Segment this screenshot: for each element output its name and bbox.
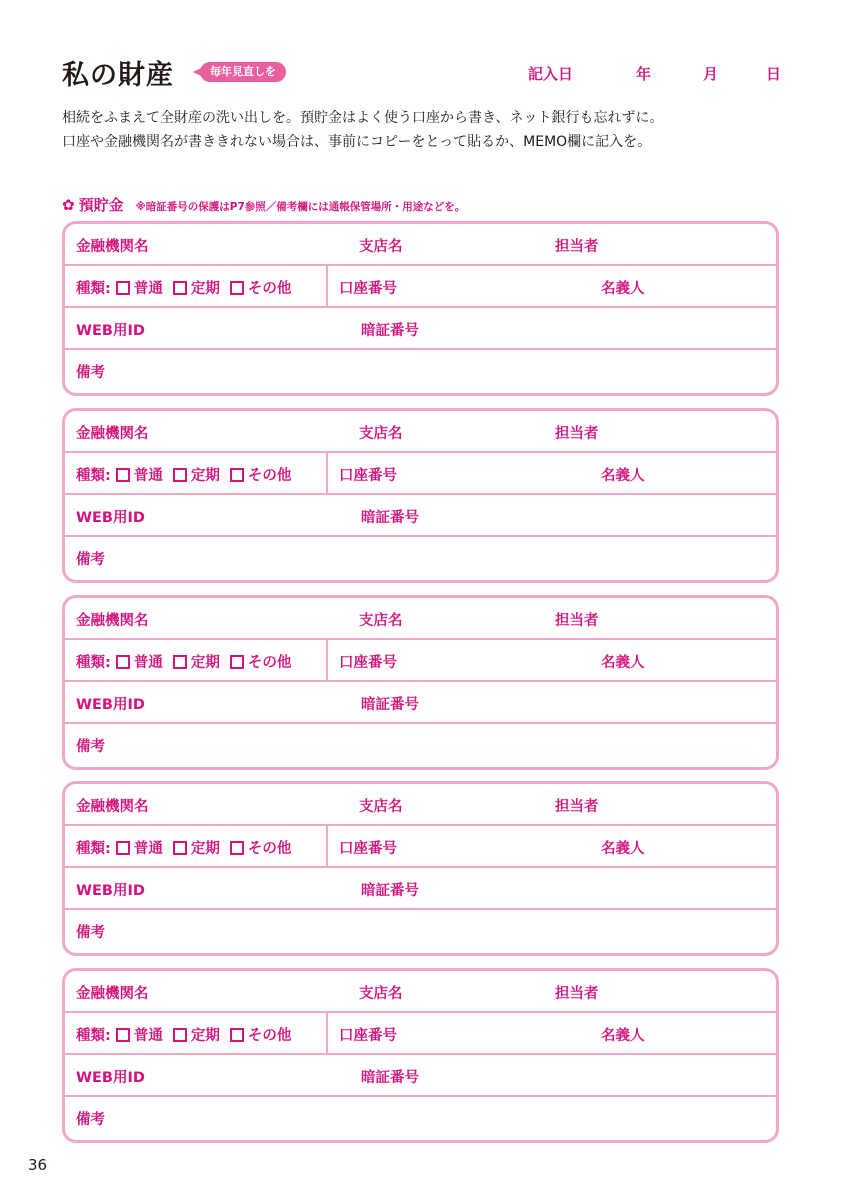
row-type: 種類: 普通定期その他 口座番号 名義人: [65, 1013, 776, 1055]
account-number-label: 口座番号: [339, 651, 397, 672]
flower-icon: ✿: [62, 196, 75, 214]
account-card-2: 金融機関名 支店名 担当者 種類: 普通定期その他 口座番号 名義人 WEB用I…: [62, 408, 779, 583]
checkbox-icon[interactable]: [230, 1028, 244, 1042]
pin-label: 暗証番号: [361, 879, 419, 900]
web-id-label: WEB用ID: [76, 1066, 145, 1087]
notes-label: 備考: [76, 548, 105, 569]
contact-label: 担当者: [555, 982, 599, 1003]
row-notes[interactable]: 備考: [65, 1097, 776, 1139]
checkbox-icon[interactable]: [116, 1028, 130, 1042]
checkbox-icon[interactable]: [116, 655, 130, 669]
row-notes[interactable]: 備考: [65, 350, 776, 392]
checkbox-icon[interactable]: [173, 655, 187, 669]
holder-label: 名義人: [601, 464, 645, 485]
entry-date-month[interactable]: 月: [703, 63, 718, 84]
holder-label: 名義人: [601, 837, 645, 858]
row-notes[interactable]: 備考: [65, 910, 776, 952]
section-title: 預貯金: [79, 194, 124, 215]
branch-label: 支店名: [359, 609, 403, 630]
type-option-other[interactable]: その他: [230, 468, 292, 484]
page-title: 私の財産: [62, 53, 174, 92]
checkbox-icon[interactable]: [230, 655, 244, 669]
row-type: 種類: 普通定期その他 口座番号 名義人: [65, 826, 776, 868]
type-group: 種類: 普通定期その他: [76, 651, 301, 672]
institution-label: 金融機関名: [76, 609, 149, 630]
type-option-ordinary[interactable]: 普通: [116, 468, 163, 484]
type-option-other[interactable]: その他: [230, 841, 292, 857]
type-group: 種類: 普通定期その他: [76, 1024, 301, 1045]
notes-label: 備考: [76, 361, 105, 382]
branch-label: 支店名: [359, 422, 403, 443]
entry-date-label: 記入日: [528, 63, 573, 84]
entry-date-year[interactable]: 年: [636, 63, 651, 84]
row-institution[interactable]: 金融機関名 支店名 担当者: [65, 784, 776, 826]
type-option-ordinary[interactable]: 普通: [116, 841, 163, 857]
holder-label: 名義人: [601, 651, 645, 672]
section-note: ※暗証番号の保護はP7参照／備考欄には通帳保管場所・用途などを。: [136, 199, 466, 214]
divider: [326, 1013, 328, 1053]
checkbox-icon[interactable]: [116, 468, 130, 482]
type-label: 種類:: [76, 468, 111, 484]
intro-line-2: 口座や金融機関名が書ききれない場合は、事前にコピーをとって貼るか、MEMO欄に記…: [62, 130, 802, 154]
row-web[interactable]: WEB用ID 暗証番号: [65, 682, 776, 724]
type-group: 種類: 普通定期その他: [76, 277, 301, 298]
row-type: 種類: 普通定期その他 口座番号 名義人: [65, 640, 776, 682]
divider: [326, 266, 328, 306]
notes-label: 備考: [76, 735, 105, 756]
account-number-label: 口座番号: [339, 277, 397, 298]
account-number-label: 口座番号: [339, 1024, 397, 1045]
web-id-label: WEB用ID: [76, 506, 145, 527]
type-option-ordinary[interactable]: 普通: [116, 655, 163, 671]
row-notes[interactable]: 備考: [65, 537, 776, 579]
holder-label: 名義人: [601, 277, 645, 298]
row-web[interactable]: WEB用ID 暗証番号: [65, 868, 776, 910]
row-web[interactable]: WEB用ID 暗証番号: [65, 308, 776, 350]
account-card-4: 金融機関名 支店名 担当者 種類: 普通定期その他 口座番号 名義人 WEB用I…: [62, 781, 779, 956]
web-id-label: WEB用ID: [76, 879, 145, 900]
checkbox-icon[interactable]: [230, 841, 244, 855]
type-group: 種類: 普通定期その他: [76, 464, 301, 485]
institution-label: 金融機関名: [76, 235, 149, 256]
row-institution[interactable]: 金融機関名 支店名 担当者: [65, 971, 776, 1013]
branch-label: 支店名: [359, 795, 403, 816]
type-option-other[interactable]: その他: [230, 1028, 292, 1044]
review-badge: 毎年見直しを: [200, 62, 286, 82]
checkbox-icon[interactable]: [116, 841, 130, 855]
branch-label: 支店名: [359, 982, 403, 1003]
row-web[interactable]: WEB用ID 暗証番号: [65, 1055, 776, 1097]
checkbox-icon[interactable]: [173, 1028, 187, 1042]
checkbox-icon[interactable]: [230, 468, 244, 482]
account-card-5: 金融機関名 支店名 担当者 種類: 普通定期その他 口座番号 名義人 WEB用I…: [62, 968, 779, 1143]
account-card-1: 金融機関名 支店名 担当者 種類: 普通定期その他 口座番号 名義人 WEB用I…: [62, 221, 779, 396]
contact-label: 担当者: [555, 609, 599, 630]
type-option-ordinary[interactable]: 普通: [116, 281, 163, 297]
account-number-label: 口座番号: [339, 464, 397, 485]
row-type: 種類: 普通定期その他 口座番号 名義人: [65, 453, 776, 495]
checkbox-icon[interactable]: [116, 281, 130, 295]
row-type: 種類: 普通定期その他 口座番号 名義人: [65, 266, 776, 308]
type-group: 種類: 普通定期その他: [76, 837, 301, 858]
intro-text: 相続をふまえて全財産の洗い出しを。預貯金はよく使う口座から書き、ネット銀行も忘れ…: [62, 106, 802, 154]
intro-line-1: 相続をふまえて全財産の洗い出しを。預貯金はよく使う口座から書き、ネット銀行も忘れ…: [62, 106, 802, 130]
entry-date: 記入日 年 月 日: [528, 63, 788, 83]
notes-label: 備考: [76, 1108, 105, 1129]
title-row: 私の財産 毎年見直しを: [62, 52, 286, 92]
notes-label: 備考: [76, 921, 105, 942]
type-option-ordinary[interactable]: 普通: [116, 1028, 163, 1044]
pin-label: 暗証番号: [361, 693, 419, 714]
account-number-label: 口座番号: [339, 837, 397, 858]
row-web[interactable]: WEB用ID 暗証番号: [65, 495, 776, 537]
checkbox-icon[interactable]: [230, 281, 244, 295]
row-institution[interactable]: 金融機関名 支店名 担当者: [65, 224, 776, 266]
checkbox-icon[interactable]: [173, 841, 187, 855]
type-option-other[interactable]: その他: [230, 281, 292, 297]
institution-label: 金融機関名: [76, 422, 149, 443]
pin-label: 暗証番号: [361, 506, 419, 527]
divider: [326, 826, 328, 866]
type-option-fixed[interactable]: 定期: [173, 468, 220, 484]
type-option-fixed[interactable]: 定期: [173, 655, 220, 671]
row-institution[interactable]: 金融機関名 支店名 担当者: [65, 411, 776, 453]
contact-label: 担当者: [555, 235, 599, 256]
type-label: 種類:: [76, 655, 111, 671]
checkbox-icon[interactable]: [173, 281, 187, 295]
type-label: 種類:: [76, 281, 111, 297]
account-card-3: 金融機関名 支店名 担当者 種類: 普通定期その他 口座番号 名義人 WEB用I…: [62, 595, 779, 770]
pin-label: 暗証番号: [361, 1066, 419, 1087]
divider: [326, 640, 328, 680]
checkbox-icon[interactable]: [173, 468, 187, 482]
web-id-label: WEB用ID: [76, 319, 145, 340]
institution-label: 金融機関名: [76, 982, 149, 1003]
branch-label: 支店名: [359, 235, 403, 256]
type-option-other[interactable]: その他: [230, 655, 292, 671]
contact-label: 担当者: [555, 422, 599, 443]
pin-label: 暗証番号: [361, 319, 419, 340]
type-option-fixed[interactable]: 定期: [173, 281, 220, 297]
institution-label: 金融機関名: [76, 795, 149, 816]
row-notes[interactable]: 備考: [65, 724, 776, 766]
holder-label: 名義人: [601, 1024, 645, 1045]
type-label: 種類:: [76, 841, 111, 857]
entry-date-day[interactable]: 日: [766, 63, 781, 84]
row-institution[interactable]: 金融機関名 支店名 担当者: [65, 598, 776, 640]
section-header-savings: ✿ 預貯金 ※暗証番号の保護はP7参照／備考欄には通帳保管場所・用途などを。: [62, 194, 465, 215]
type-option-fixed[interactable]: 定期: [173, 1028, 220, 1044]
type-label: 種類:: [76, 1028, 111, 1044]
divider: [326, 453, 328, 493]
web-id-label: WEB用ID: [76, 693, 145, 714]
contact-label: 担当者: [555, 795, 599, 816]
type-option-fixed[interactable]: 定期: [173, 841, 220, 857]
page-number: 36: [28, 1156, 47, 1174]
